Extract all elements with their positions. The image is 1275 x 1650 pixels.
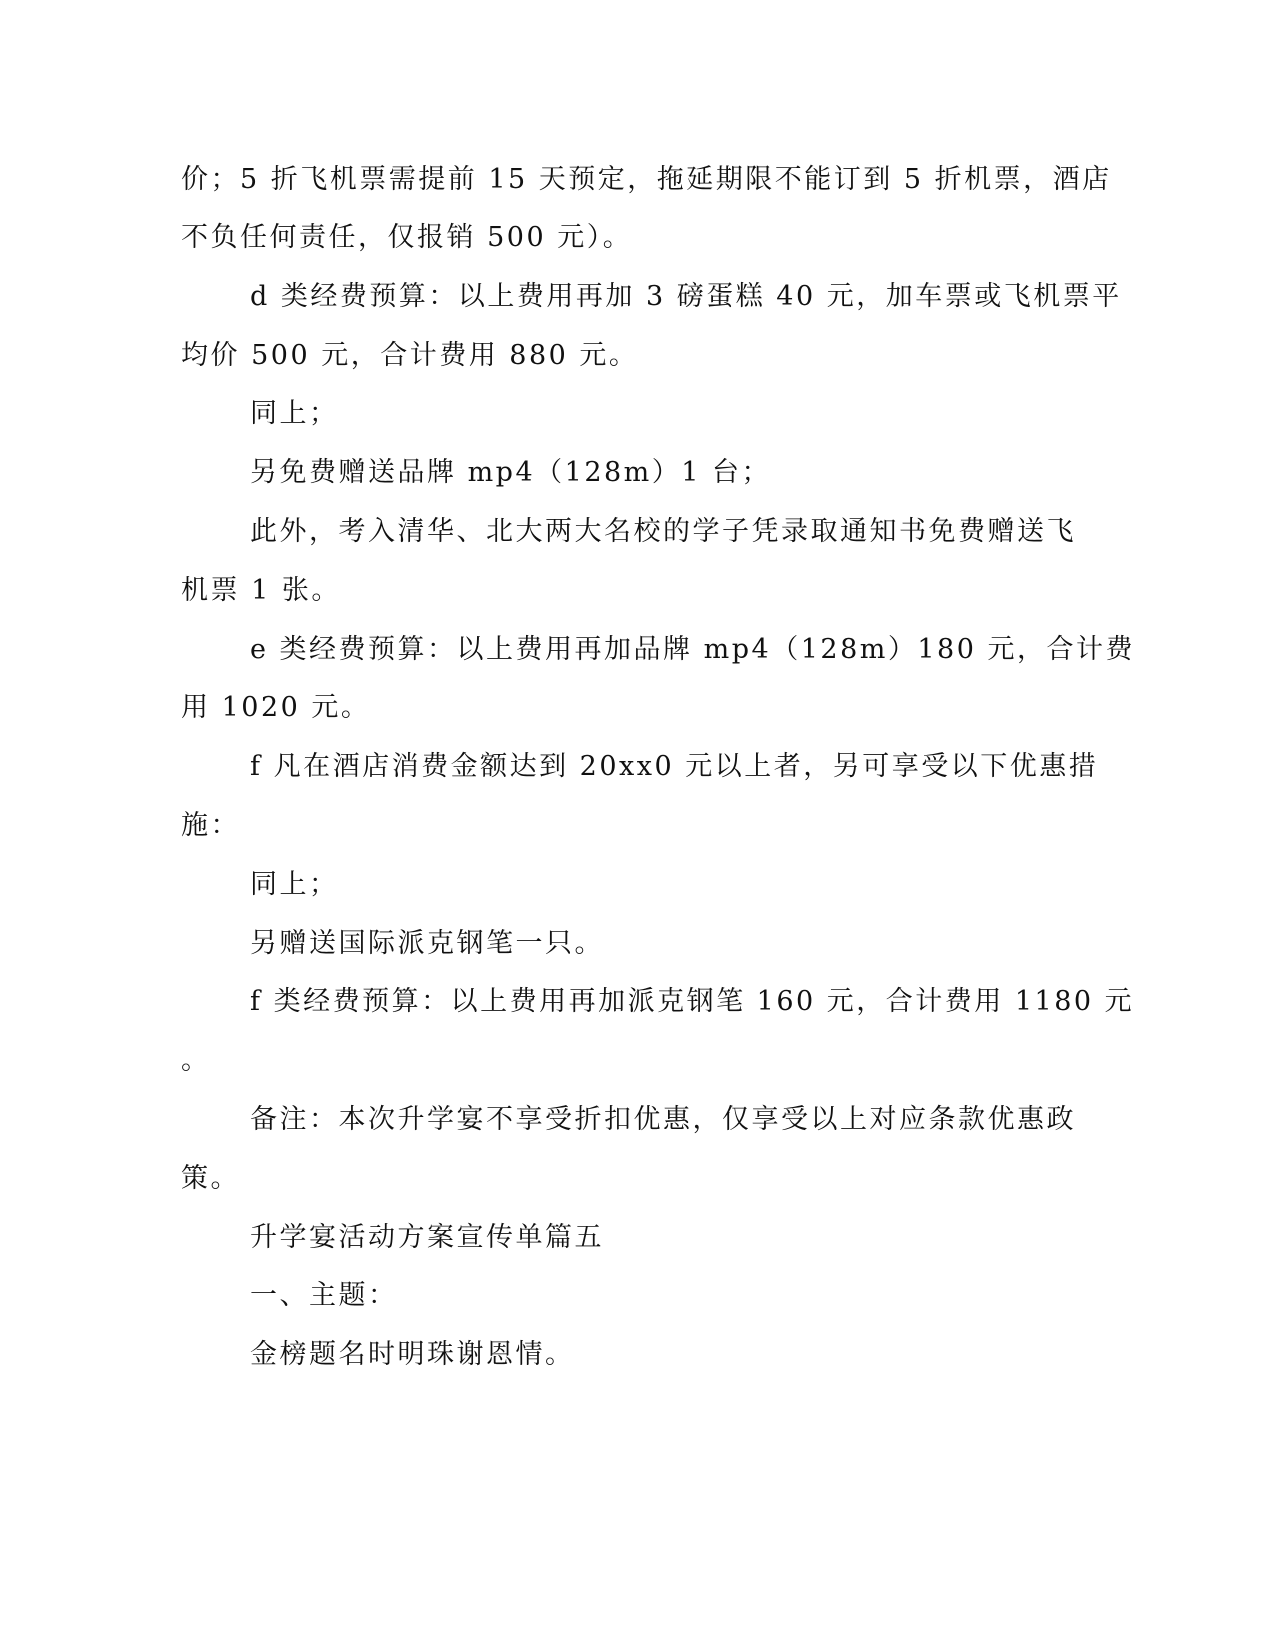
paragraph-parker-pen: 另赠送国际派克钢笔一只。 (250, 928, 604, 960)
paragraph-theme: 金榜题名时明珠谢恩情。 (250, 1339, 575, 1371)
subsection-heading: 一、主题： (250, 1280, 398, 1312)
text-line: 。 (181, 1045, 211, 1077)
paragraph-university-ticket: 此外，考入清华、北大两大名校的学子凭录取通知书免费赠送飞 (250, 516, 1076, 548)
text-line: 用 1020 元。 (181, 692, 370, 724)
paragraph-f-offer: f 凡在酒店消费金额达到 20xx0 元以上者，另可享受以下优惠措 (250, 751, 1098, 783)
paragraph-same-as-above: 同上； (250, 398, 339, 430)
text-line: 策。 (181, 1163, 240, 1195)
paragraph-same-as-above: 同上； (250, 869, 339, 901)
text-line: 均价 500 元，合计费用 880 元。 (181, 340, 638, 372)
document-page: 价；5 折飞机票需提前 15 天预定，拖延期限不能订到 5 折机票，酒店 不负任… (0, 0, 1275, 1650)
text-line: 施： (181, 810, 240, 842)
section-heading: 升学宴活动方案宣传单篇五 (250, 1222, 604, 1254)
text-line: 价；5 折飞机票需提前 15 天预定，拖延期限不能订到 5 折机票，酒店 (181, 164, 1112, 196)
paragraph-note: 备注：本次升学宴不享受折扣优惠，仅享受以上对应条款优惠政 (250, 1104, 1076, 1136)
paragraph-f-budget: f 类经费预算：以上费用再加派克钢笔 160 元，合计费用 1180 元 (250, 986, 1134, 1018)
paragraph-d-budget: d 类经费预算：以上费用再加 3 磅蛋糕 40 元，加车票或飞机票平 (250, 281, 1122, 313)
text-line: 不负任何责任，仅报销 500 元）。 (181, 222, 632, 254)
paragraph-mp4-gift: 另免费赠送品牌 mp4（128m）1 台； (250, 457, 771, 489)
text-line: 机票 1 张。 (181, 575, 341, 607)
paragraph-e-budget: e 类经费预算：以上费用再加品牌 mp4（128m）180 元，合计费 (250, 634, 1135, 666)
